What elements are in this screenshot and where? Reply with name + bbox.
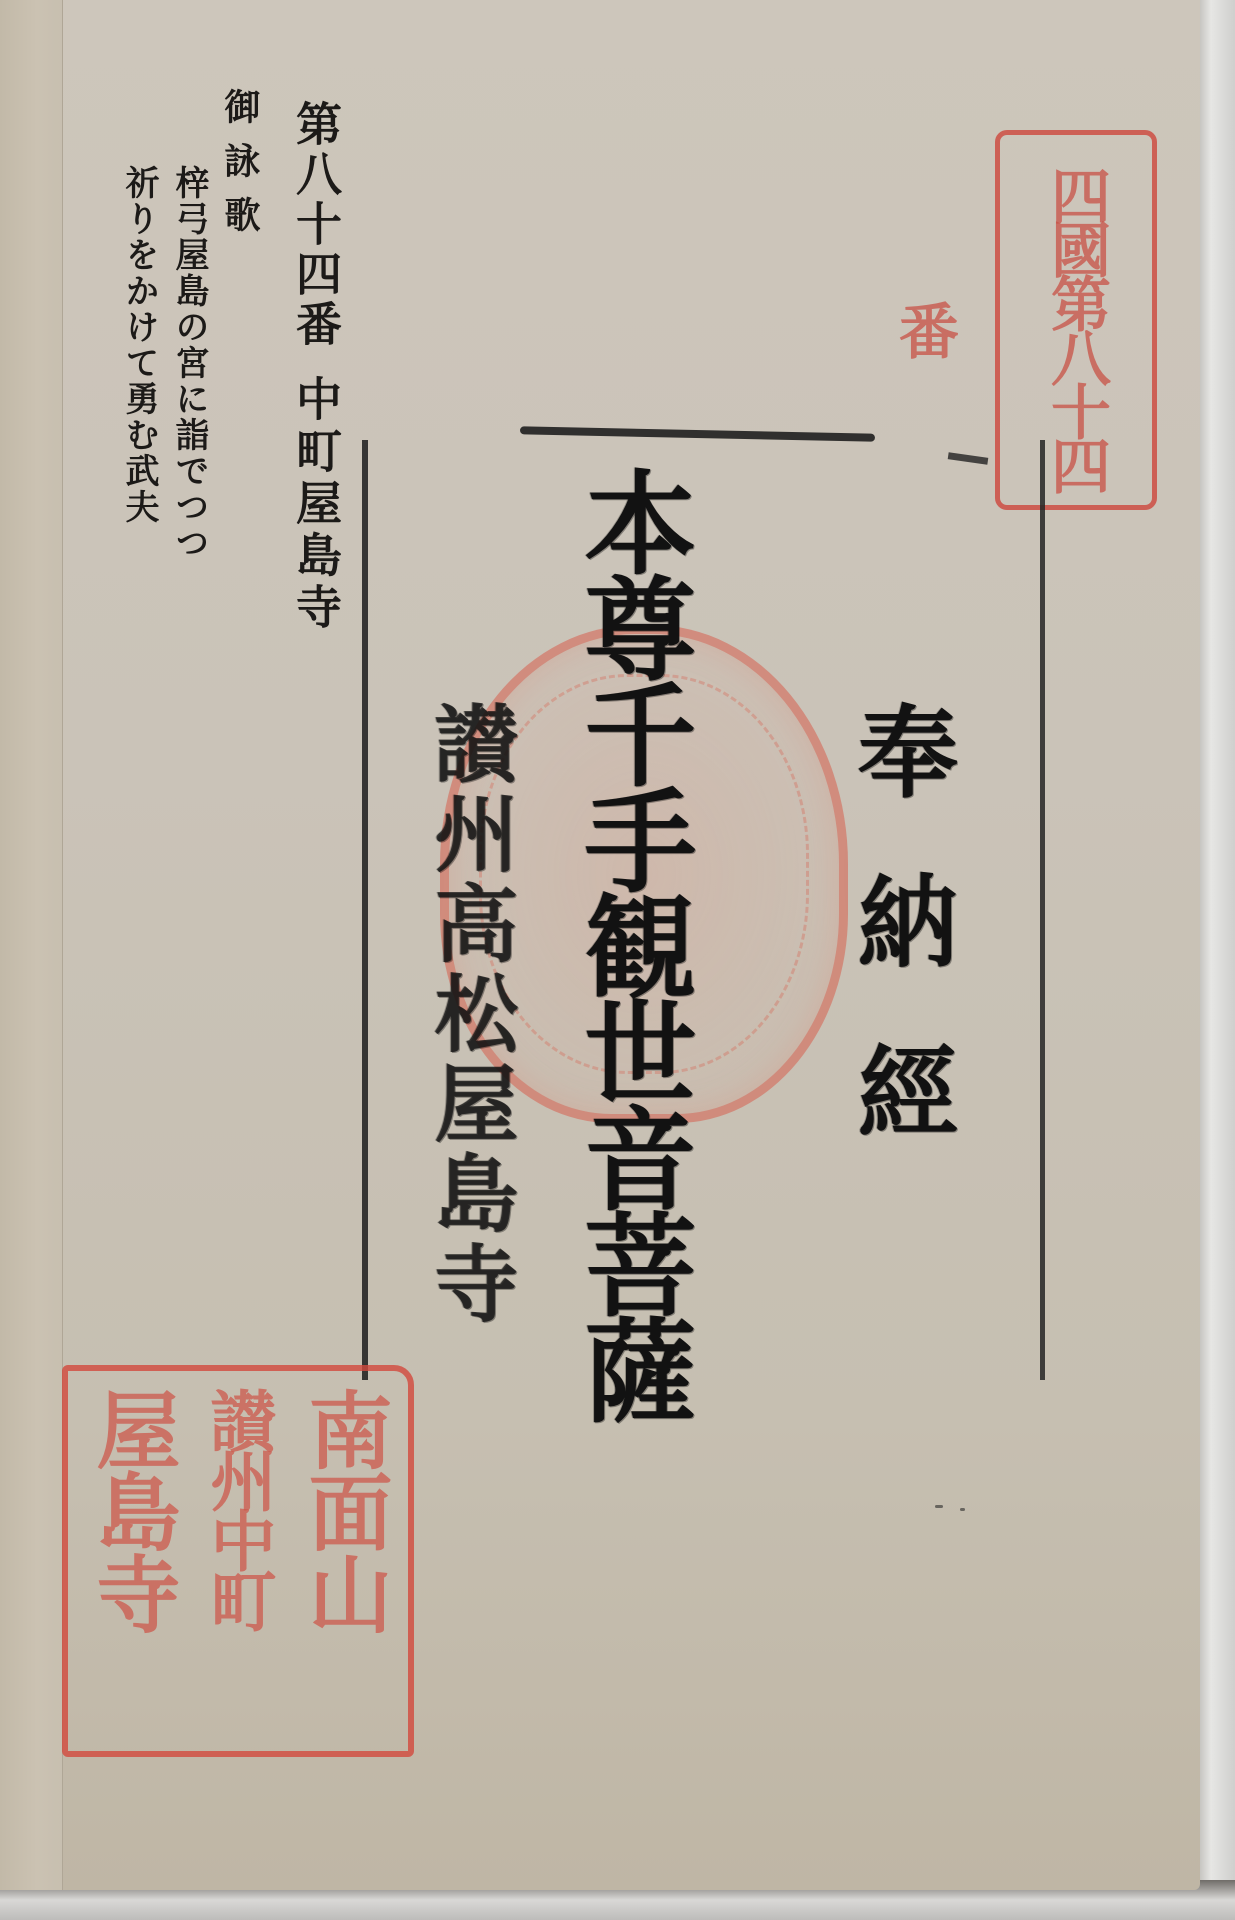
ink-speck: [935, 1505, 943, 1508]
honzon-calligraphy: 本尊千手観世音菩薩: [575, 465, 687, 1419]
ink-speck: [960, 1508, 965, 1511]
seal-column-1: 南面山: [294, 1387, 394, 1735]
temple-square-seal: 南面山 讃州中町 屋島寺: [62, 1365, 414, 1757]
temple-location-calligraphy: 讃州高松屋島寺: [428, 700, 512, 1330]
hounoukyou-calligraphy: 奉納經: [850, 700, 950, 1210]
temple-number: 第八十四番: [283, 100, 349, 350]
poem-line-2: 祈りをかけて勇む武夫: [115, 165, 164, 525]
stamp-book-page: 第八十四番 中町屋島寺 御詠歌 梓弓屋島の宮に詣でつつ 祈りをかけて勇む武夫 四…: [0, 0, 1200, 1890]
square-seal-columns: 南面山 讃州中町 屋島寺: [82, 1387, 394, 1735]
backdrop-right: [1195, 0, 1235, 1920]
seal-column-2: 讃州中町: [188, 1387, 288, 1735]
poem-line-1: 梓弓屋島の宮に詣でつつ: [165, 165, 214, 561]
goeika-label: 御詠歌: [215, 88, 266, 250]
temple-name: 中町屋島寺: [283, 375, 349, 635]
page-gutter: [0, 0, 63, 1890]
seal-column-3: 屋島寺: [82, 1387, 182, 1735]
